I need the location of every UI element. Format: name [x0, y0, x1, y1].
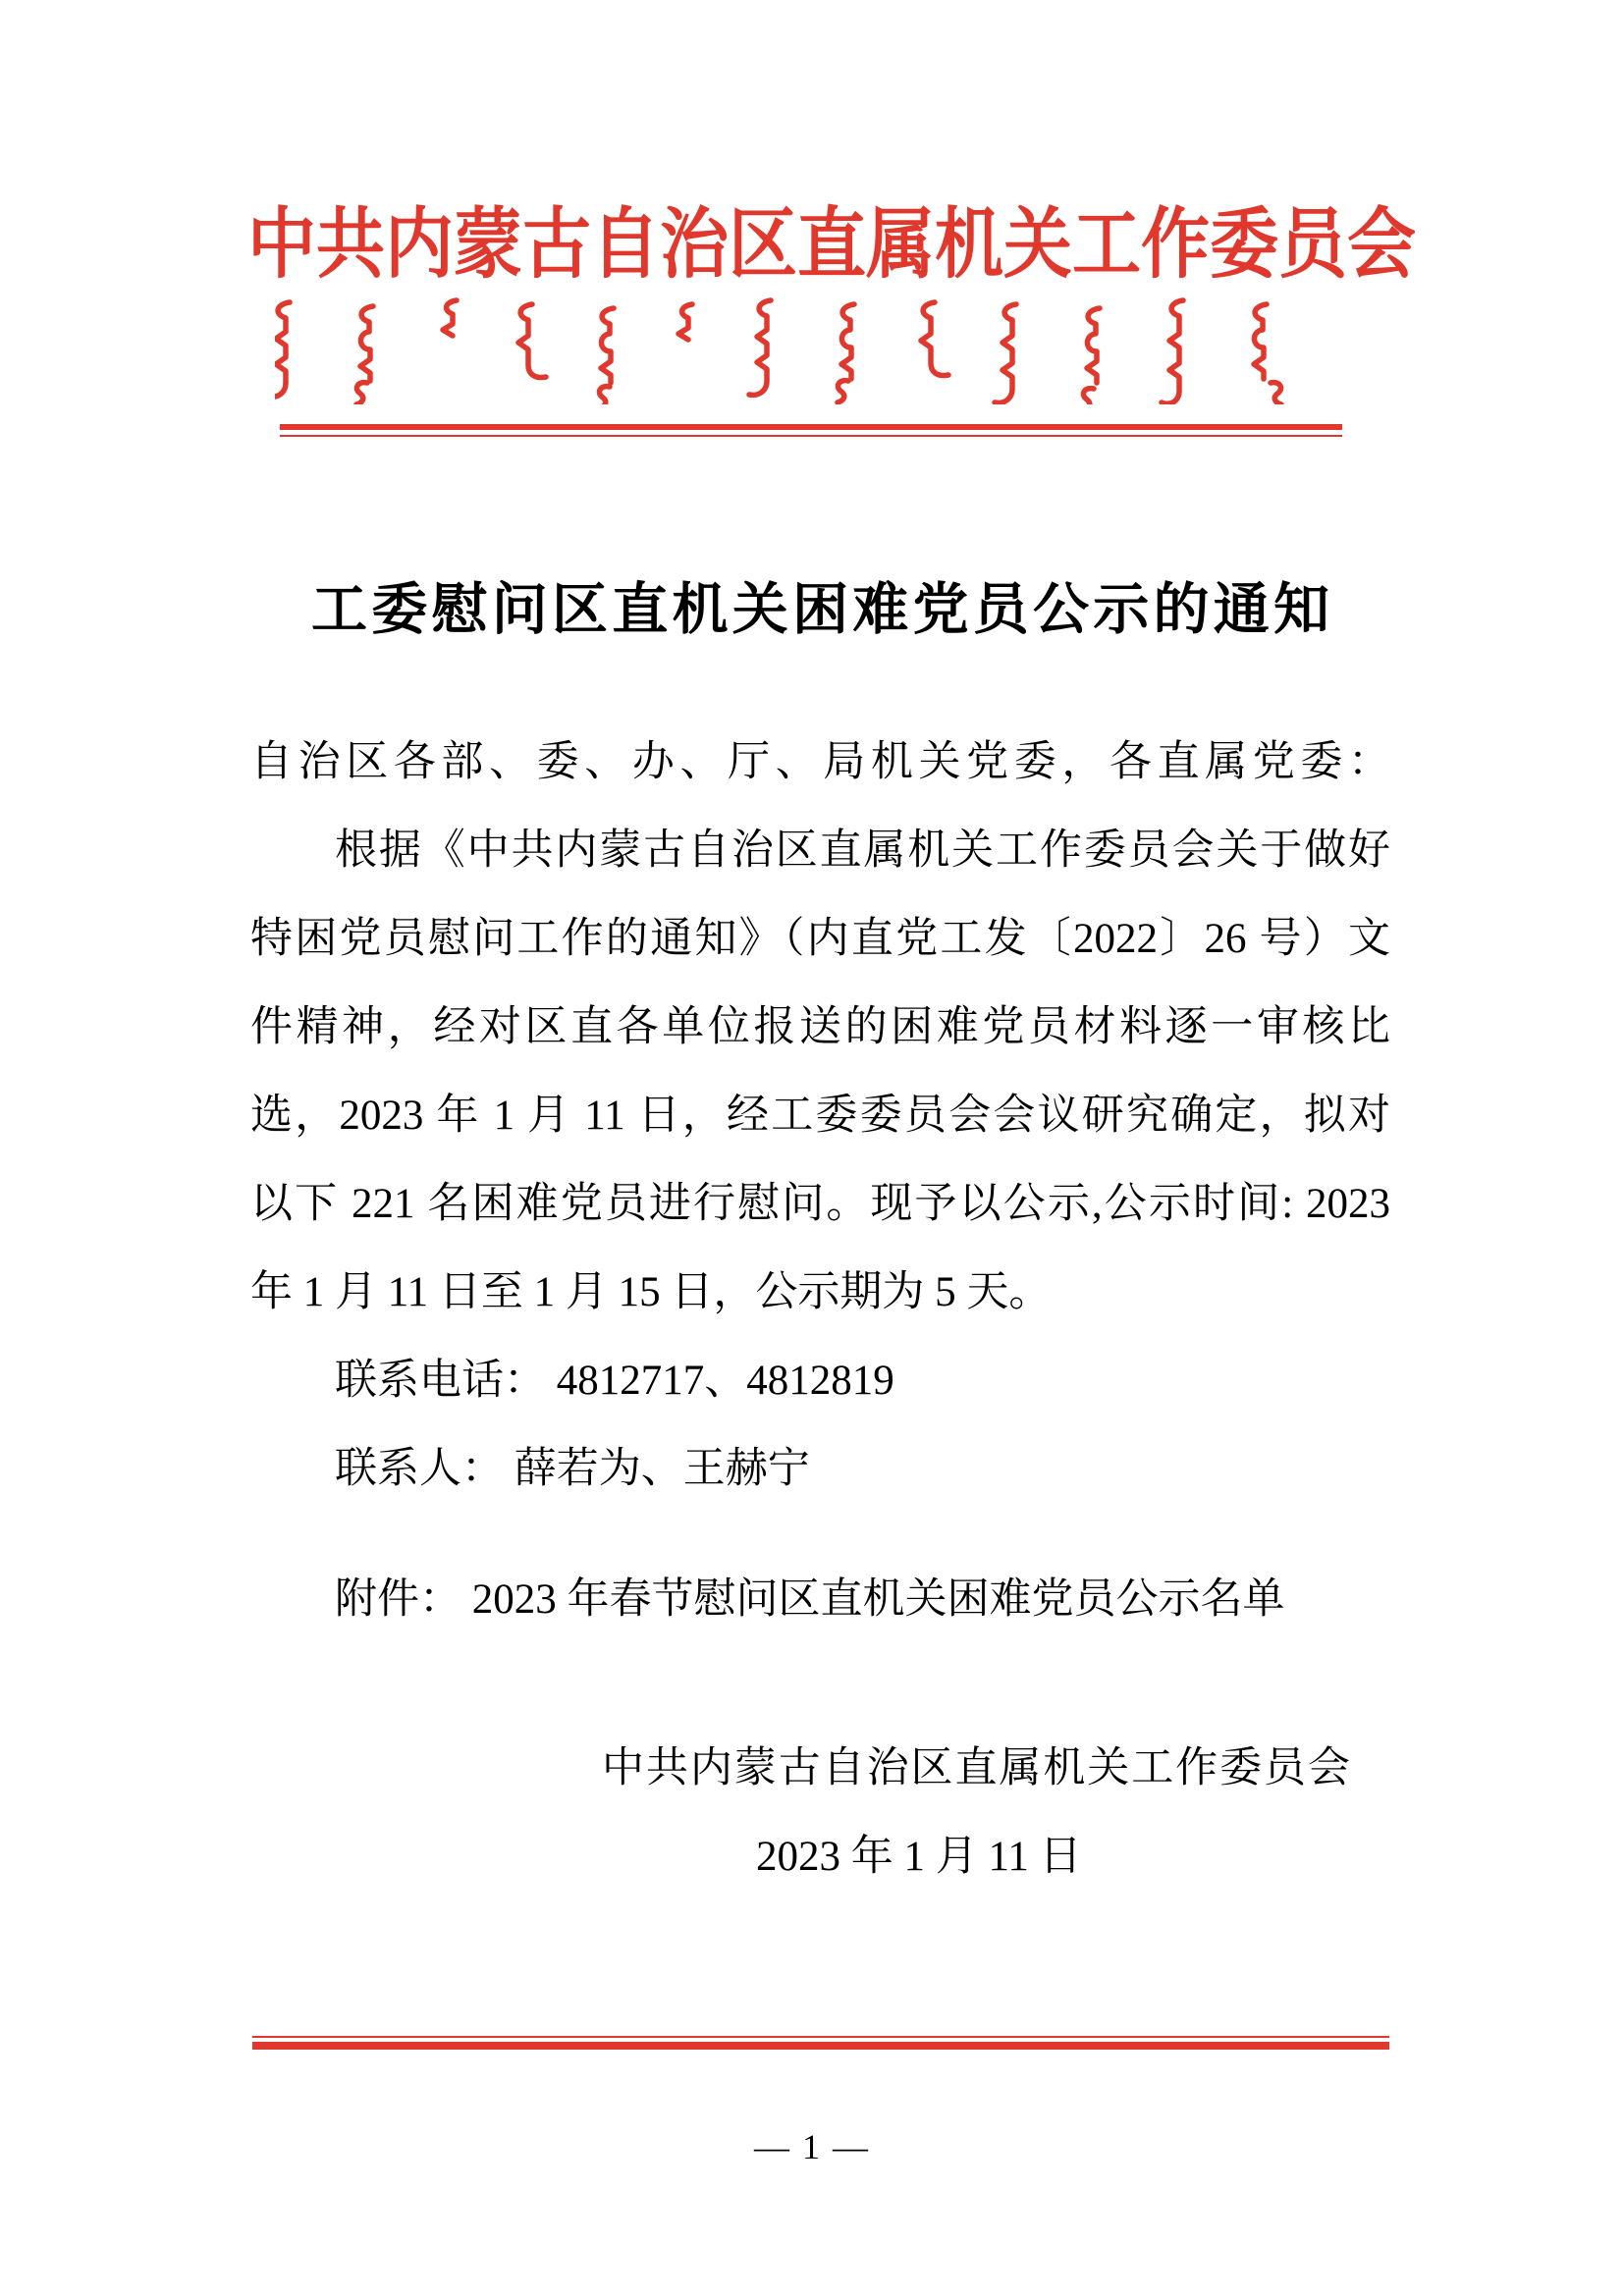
- mongolian-word: [1087, 308, 1100, 383]
- attachment-line: 附件： 2023 年春节慰问区直机关困难党员公示名单: [250, 1573, 1390, 1628]
- mongolian-word: [995, 304, 1016, 402]
- mongolian-word: [599, 387, 610, 404]
- mongolian-word: [360, 306, 373, 381]
- mongolian-word: [1162, 300, 1183, 403]
- footer-divider-thin: [252, 2036, 1389, 2038]
- mongolian-word: [838, 381, 848, 402]
- body-line: 根据《中共内蒙古自治区直属机关工作委员会关于做好: [250, 824, 1390, 879]
- body-line: 以下 221 名困难党员进行慰问。现予以公示,公示时间: 2023: [250, 1177, 1390, 1232]
- body-line: 年 1 月 11 日至 1 月 15 日，公示期为 5 天。: [250, 1265, 1390, 1320]
- letterhead-title: 中共内蒙古自治区直属机关工作委员会: [247, 202, 1377, 291]
- mongolian-word: [356, 383, 367, 404]
- mongolian-word: [1254, 304, 1267, 379]
- contact-person-line: 联系人： 薛若为、王赫宁: [250, 1442, 1390, 1497]
- letterhead-divider-thin: [280, 435, 1342, 437]
- mongolian-word: [601, 308, 614, 383]
- letterhead-divider-thick: [280, 424, 1342, 430]
- mongolian-word: [518, 304, 546, 378]
- contact-phone-line: 联系电话： 4812717、4812819: [250, 1354, 1390, 1409]
- mongolian-word: [749, 300, 771, 395]
- signature-org: 中共内蒙古自治区直属机关工作委员会: [602, 1741, 1350, 1796]
- body-line: 选，2023 年 1 月 11 日，经工委委员会会议研究确定，拟对: [250, 1089, 1390, 1144]
- mongolian-word: [1083, 389, 1094, 404]
- document-page: 中共内蒙古自治区直属机关工作委员会 工委慰问区直机关困难党员公示的通知 自治区各…: [0, 0, 1624, 2296]
- mongolian-word: [921, 302, 948, 376]
- footer-divider-thick: [252, 2042, 1389, 2050]
- notice-title: 工委慰问区直机关困难党员公示的通知: [250, 577, 1390, 644]
- mongolian-word: [275, 302, 290, 397]
- body-line: 件精神，经对区直各单位报送的困难党员材料逐一审核比: [250, 1000, 1390, 1055]
- page-number: — 1 —: [0, 2126, 1624, 2167]
- mongolian-word: [841, 304, 854, 379]
- body-line: 特困党员慰问工作的通知》（内直党工发〔2022〕26 号）文: [250, 912, 1390, 967]
- mongolian-word: [678, 304, 692, 340]
- signature-date: 2023 年 1 月 11 日: [756, 1830, 1082, 1885]
- mongolian-word: [1271, 383, 1281, 404]
- mongolian-word: [443, 300, 457, 336]
- body-line-salutation: 自治区各部、委、办、厅、局机关党委，各直属党委：: [250, 735, 1390, 790]
- mongolian-script-banner: [275, 294, 1365, 404]
